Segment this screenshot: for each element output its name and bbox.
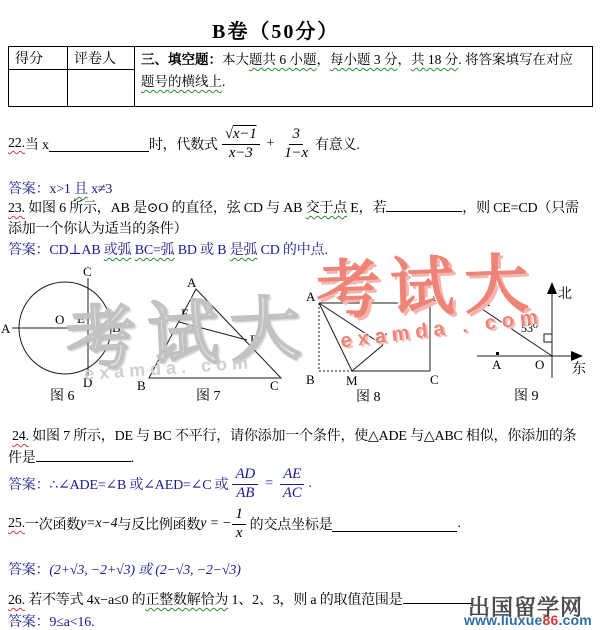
- a24-fraction-1: AD AB: [232, 466, 258, 502]
- section-heading: 三、填空题：: [141, 52, 222, 67]
- instr-seg-wavy: 题号的横线上: [141, 74, 222, 89]
- north-arrowhead: [547, 282, 557, 294]
- right-angle-mark: [544, 334, 552, 342]
- q22-fraction-2: 3 1−x: [281, 126, 311, 162]
- a24-frac2-denominator: AC: [280, 485, 305, 502]
- equals-sign: =: [265, 476, 273, 492]
- fig7-label-B: B: [137, 378, 146, 393]
- circle-O: [19, 282, 111, 374]
- fig9-label-east: 东: [572, 361, 586, 377]
- q25-frac-denominator: x: [233, 525, 245, 542]
- section-instructions: 三、填空题：本大题共 6 小题，每小题 3 分，共 18 分. 将答案填写在对应…: [135, 47, 593, 107]
- q23-text-2: E，若: [347, 201, 386, 216]
- answer-label: 答案：: [8, 563, 49, 578]
- q23-text-3: ，则 CE=CD（只需: [462, 201, 579, 216]
- fig7-label-D: D: [250, 332, 259, 347]
- q26-wavy: 正整数解恰为: [145, 593, 228, 608]
- a23-t4: CD 的中点.: [257, 243, 327, 258]
- question-22: 22. 当 x 时，代数式 √x−1 x−3 + 3 1−x 有意义.: [8, 122, 360, 166]
- a24-frac2-numerator: AE: [280, 466, 304, 484]
- q22-text-3: 有意义.: [315, 134, 360, 154]
- q26-number: 26.: [8, 593, 25, 608]
- q25-text-2: 与反比例函数: [117, 514, 200, 534]
- question-24-line2: 件是.: [8, 447, 134, 467]
- a22-text-2: x≠3: [88, 182, 112, 197]
- q22-text-1: 当 x: [25, 134, 49, 154]
- watermark-examda-outline: 考试大: [64, 272, 315, 386]
- fig6-label-A: A: [1, 321, 11, 336]
- score-table: 得分 评卷人 三、填空题：本大题共 6 小题，每小题 3 分，共 18 分. 将…: [8, 46, 593, 107]
- answer-23: 答案：CD⊥AB 或弧 BC=弧 BD 或 B 是弧 CD 的中点.: [8, 239, 328, 259]
- question-23-line2: 添加一个你认为适当的条件）: [8, 218, 187, 238]
- q25-text-4: .: [457, 516, 460, 532]
- q25-fraction: 1 x: [232, 506, 245, 542]
- q22-number: 22.: [8, 136, 25, 152]
- q23-text-1: 如图 6 所示，AB 是⊙O 的直径，弦 CD 与 AB: [25, 201, 306, 216]
- fig8-caption: 图 8: [356, 389, 381, 405]
- fig8-label-C: C: [430, 372, 439, 387]
- q25-linear-formula: y=x−4: [80, 516, 117, 532]
- a22-wavy: 且: [74, 182, 88, 197]
- a23-wavy-2: BC=弧: [135, 243, 175, 258]
- question-23-line1: 23. 如图 6 所示，AB 是⊙O 的直径，弦 CD 与 AB 交于点 E，若…: [8, 197, 579, 217]
- q23-wavy: 交于点: [306, 201, 347, 216]
- a24-text-2: .: [309, 476, 312, 492]
- q22-answer-blank: [49, 122, 149, 152]
- answer-label: 答案：: [8, 615, 49, 630]
- q22-fraction-1: √x−1 x−3: [222, 126, 260, 162]
- a25-coordinates: (2+√3, −2+√3) 或 (2−√3, −2−√3): [49, 563, 240, 578]
- q24-text-3: .: [131, 451, 134, 466]
- a23-t3: BD 或 B: [174, 243, 229, 258]
- instr-seg-wavy: 题共 6 小题: [249, 52, 317, 67]
- q22-frac1-numerator: √x−1: [222, 126, 260, 144]
- q24-text-1: 如图 7 所示，DE 与 BC 不平行，请你添加一个条件，使△ADE 与△ABC…: [29, 429, 576, 444]
- q24-text-2: 件是: [8, 451, 36, 466]
- fold-MBprime: [352, 345, 383, 371]
- a24-text-1: ∴∠ADE=∠B 或∠AED=∠C 或: [49, 474, 228, 494]
- fig6-label-E: E: [77, 311, 85, 326]
- instr-seg: ，: [398, 52, 412, 67]
- q23-answer-blank: [386, 198, 462, 212]
- fig9-label-north: 北: [558, 286, 572, 302]
- fig6-caption: 图 6: [50, 388, 75, 404]
- page-title: B卷（50分）: [212, 15, 339, 44]
- q25-answer-blank: [332, 504, 457, 532]
- q25-inverse-lhs: y = −: [200, 516, 231, 532]
- fold-AM: [319, 303, 352, 371]
- triangle-ABC: [149, 289, 281, 378]
- a24-frac1-denominator: AB: [233, 485, 257, 502]
- q22-radicand: x−1: [233, 126, 257, 142]
- figure-6: A O E B C D 图 6: [1, 264, 121, 404]
- logo-url-prefix: www.liuxue: [464, 612, 543, 628]
- figure-9: M 53⁰ A O 北 东 图 9: [473, 282, 586, 404]
- question-26: 26. 若不等式 4x−a≤0 的正整数解恰为 1、2、3，则 a 的取值范围是: [8, 589, 473, 609]
- question-25: 25. 一次函数 y=x−4 与反比例函数 y = − 1 x 的交点坐标是 .: [8, 504, 461, 544]
- instr-seg: . 将答案填写在对应: [458, 52, 573, 67]
- fig8-label-D: D: [432, 289, 441, 304]
- a23-t1: CD⊥AB: [49, 243, 103, 258]
- fig9-label-O: O: [535, 357, 544, 372]
- logo-url-suffix: .com: [558, 612, 591, 628]
- logo-url-86: 86: [543, 612, 559, 628]
- fig8-label-A: A: [306, 289, 316, 304]
- fold-ABprime: [319, 303, 383, 345]
- figure-7: A B C E D 图 7: [137, 275, 281, 404]
- grader-label: 评卷人: [68, 47, 135, 70]
- watermark-examda-outline-url: examda. com: [83, 352, 253, 385]
- fig7-label-E: E: [181, 306, 189, 321]
- grader-value-cell: [68, 70, 135, 107]
- fig9-caption: 图 9: [514, 388, 539, 404]
- fig7-label-A: A: [187, 275, 197, 290]
- question-24-line1: 24. 如图 7 所示，DE 与 BC 不平行，请你添加一个条件，使△ADE 与…: [12, 425, 576, 445]
- a24-frac1-numerator: AD: [232, 466, 258, 484]
- fig9-angle-label: 53⁰: [521, 321, 538, 335]
- fig7-caption: 图 7: [196, 388, 221, 404]
- a23-wavy-3: 是弧: [230, 243, 258, 258]
- q22-frac1-denominator: x−3: [226, 145, 256, 162]
- a22-text-1: x>1: [49, 182, 74, 197]
- segment-ED: [179, 322, 247, 340]
- fig8-label-Bprime: B′: [376, 330, 388, 345]
- instr-seg: .: [222, 74, 225, 89]
- radical-sign: √: [225, 126, 233, 142]
- fig6-label-O: O: [55, 312, 64, 327]
- plus-sign: +: [267, 136, 275, 152]
- fig6-label-D: D: [83, 375, 92, 390]
- q25-number: 25.: [8, 516, 25, 532]
- fig8-label-M: M: [346, 373, 358, 388]
- a26-range: 9≤a<16.: [49, 615, 94, 630]
- answer-24: 答案： ∴∠ADE=∠B 或∠AED=∠C 或 AD AB = AE AC .: [8, 466, 312, 502]
- answer-25: 答案：(2+√3, −2+√3) 或 (2−√3, −2−√3): [8, 559, 241, 579]
- fig6-label-B: B: [112, 320, 121, 335]
- instr-seg: 本大: [222, 52, 249, 67]
- q24-answer-blank: [36, 448, 131, 462]
- score-value-cell: [9, 70, 68, 107]
- watermark-examda-red-url: examda . com: [339, 306, 545, 354]
- score-label: 得分: [9, 47, 68, 70]
- q26-text-2: 1、2、3，则 a 的取值范围是: [228, 593, 402, 608]
- ray-OM: [473, 303, 552, 356]
- answer-22: 答案：x>1 且 x≠3: [8, 178, 112, 198]
- q22-frac2-numerator: 3: [289, 126, 302, 144]
- instr-seg-wavy: 每小题 3 分: [330, 52, 398, 67]
- answer-label: 答案：: [8, 243, 49, 258]
- q22-frac2-denominator: 1−x: [281, 145, 311, 162]
- a24-fraction-2: AE AC: [280, 466, 305, 502]
- q22-text-2: 时，代数式: [149, 134, 218, 154]
- fig7-label-C: C: [270, 378, 279, 393]
- q24-number: 24.: [12, 429, 29, 444]
- fig8-label-B: B: [306, 372, 315, 387]
- q23-number: 23.: [8, 201, 25, 216]
- figure-8: A D B M C B′ 图 8: [306, 289, 441, 405]
- east-arrowhead: [571, 351, 583, 361]
- fig6-label-C: C: [83, 264, 92, 279]
- exam-page: B卷（50分） 得分 评卷人 三、填空题：本大题共 6 小题，每小题 3 分，共…: [0, 0, 607, 630]
- a23-wavy-1: 或弧: [104, 243, 132, 258]
- answer-26: 答案：9≤a<16.: [8, 611, 94, 630]
- q25-frac-numerator: 1: [232, 506, 245, 524]
- q26-answer-blank: [403, 590, 473, 604]
- instr-seg-wavy: 共 18 分: [411, 52, 458, 67]
- answer-label: 答案：: [8, 182, 49, 197]
- point-A-dot: [496, 352, 499, 355]
- answer-label: 答案：: [8, 474, 49, 494]
- liuxue86-logo-url: www.liuxue86.com: [464, 612, 592, 628]
- q25-text-3: 的交点坐标是: [250, 514, 333, 534]
- q26-text-1: 若不等式 4x−a≤0 的: [25, 593, 146, 608]
- fig9-label-A: A: [492, 357, 502, 372]
- fig9-label-M: M: [479, 294, 491, 309]
- watermark-examda-red: 考试大: [314, 232, 539, 332]
- q25-text-1: 一次函数: [25, 514, 80, 534]
- instr-seg: ，: [317, 52, 331, 67]
